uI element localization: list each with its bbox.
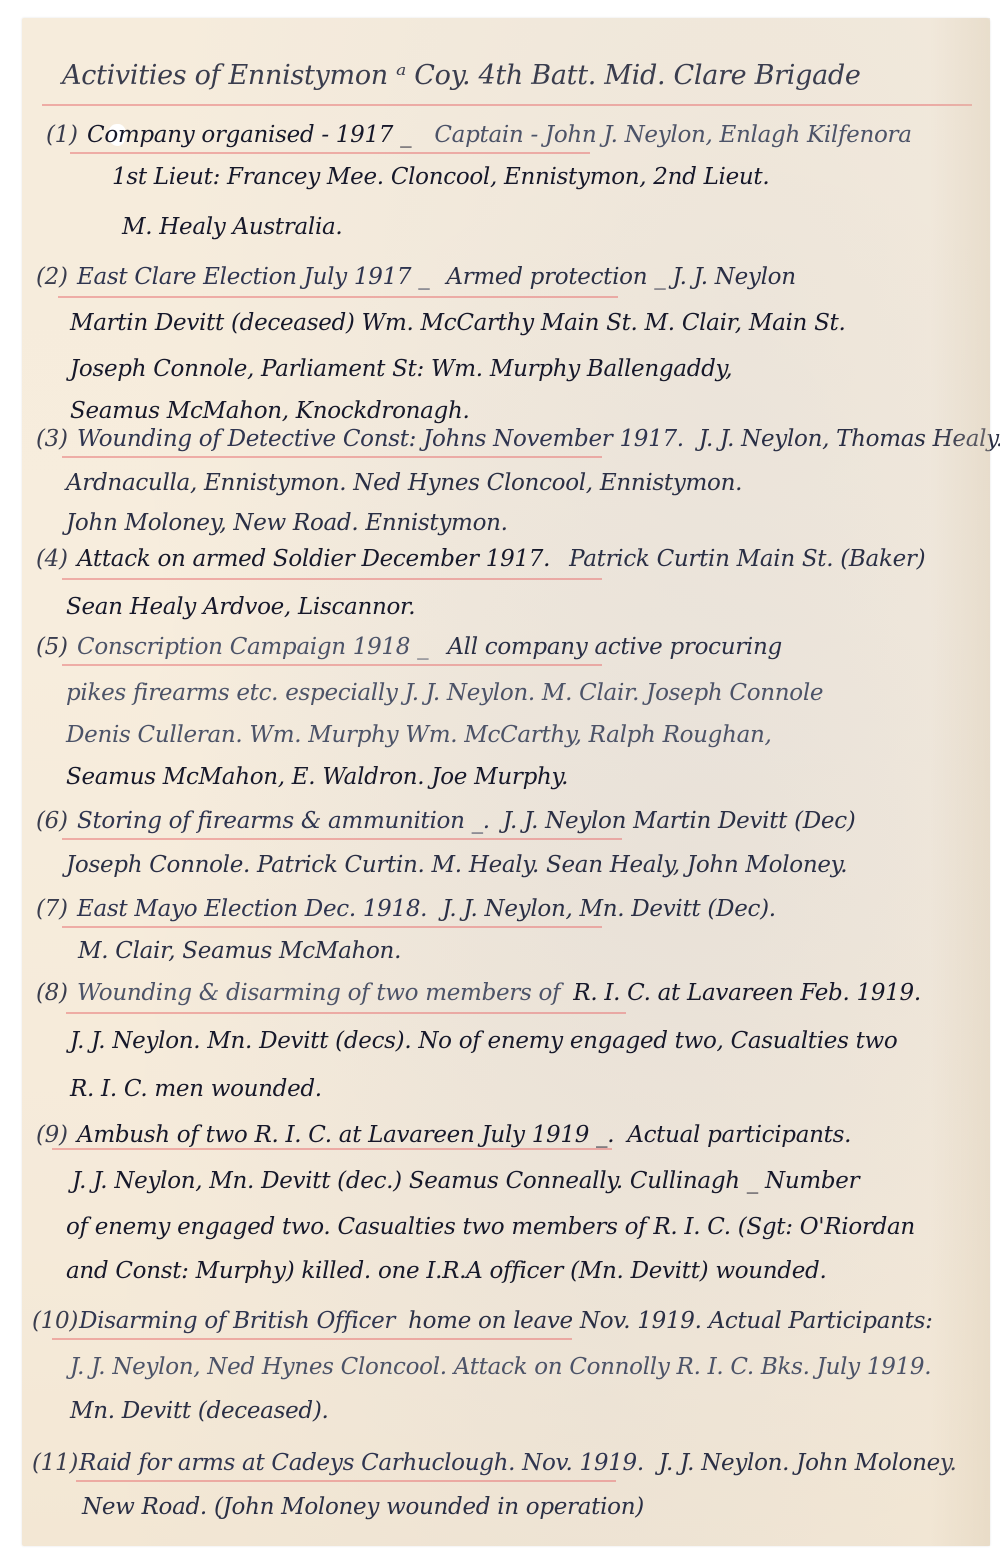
entry-line: Martin Devitt (deceased) Wm. McCarthy Ma…: [70, 310, 845, 336]
entry-line: John Moloney, New Road. Ennistymon.: [66, 510, 508, 536]
entry-line: 1st Lieut: Francey Mee. Cloncool, Ennist…: [112, 164, 769, 190]
ruled-line: [62, 926, 602, 928]
entry-line: Mn. Devitt (deceased).: [70, 1398, 329, 1424]
entry-10: (10) Disarming of British Officer home o…: [32, 1308, 933, 1334]
entry-9: (9) Ambush of two R. I. C. at Lavareen J…: [36, 1122, 851, 1148]
entry-line: Ardnaculla, Ennistymon. Ned Hynes Clonco…: [66, 470, 742, 496]
entry-line: Armed protection _ J. J. Neylon: [446, 264, 795, 290]
entry-line: Patrick Curtin Main St. (Baker): [569, 546, 925, 572]
entry-line: J. J. Neylon. John Moloney.: [659, 1450, 957, 1476]
entry-11: (11) Raid for arms at Cadeys Carhuclough…: [32, 1450, 957, 1476]
entry-line: Captain - John J. Neylon, Enlagh Kilfeno…: [434, 122, 911, 148]
entry-line: M. Healy Australia.: [122, 214, 342, 240]
ruled-line: [52, 1148, 612, 1150]
ruled-line: [66, 1012, 626, 1014]
entry-line: J. J. Neylon, Mn. Devitt (dec.) Seamus C…: [72, 1168, 859, 1194]
entry-3: (3) Wounding of Detective Const: Johns N…: [36, 426, 1000, 452]
entry-5: (5) Conscription Campaign 1918 _ All com…: [36, 634, 782, 660]
entry-heading: East Mayo Election Dec. 1918.: [77, 896, 427, 922]
entry-line: and Const: Murphy) killed. one I.R.A off…: [66, 1258, 826, 1284]
entry-heading: Attack on armed Soldier December 1917.: [77, 546, 550, 572]
entry-8: (8) Wounding & disarming of two members …: [36, 980, 921, 1006]
entry-heading: Wounding of Detective Const: Johns Novem…: [77, 426, 684, 452]
entry-line: Denis Culleran. Wm. Murphy Wm. McCarthy,…: [66, 722, 772, 748]
entry-line: Joseph Connole. Patrick Curtin. M. Healy…: [66, 852, 847, 878]
entry-number: (1): [46, 122, 80, 148]
ruled-line: [70, 152, 590, 154]
entry-line: Actual participants.: [627, 1122, 851, 1148]
entry-number: (9): [36, 1122, 70, 1148]
entry-number: (6): [36, 808, 70, 834]
entry-heading: Raid for arms at Cadeys Carhuclough. Nov…: [79, 1450, 644, 1476]
entry-heading: East Clare Election July 1917 _: [77, 264, 429, 290]
ruled-line: [62, 456, 602, 458]
document-page: Activities of Ennistymon ᵃ Coy. 4th Batt…: [22, 18, 990, 1546]
entry-heading: Company organised - 1917 _: [87, 122, 411, 148]
entry-number: (11): [32, 1450, 72, 1476]
ruled-line: [62, 664, 602, 666]
document-title: Activities of Ennistymon ᵃ Coy. 4th Batt…: [62, 60, 861, 91]
entry-2: (2) East Clare Election July 1917 _ Arme…: [36, 264, 796, 290]
entry-line: Seamus McMahon, Knockdronagh.: [70, 398, 470, 424]
entry-line: pikes firearms etc. especially J. J. Ney…: [66, 680, 823, 706]
ruled-line: [58, 296, 618, 298]
entry-number: (4): [36, 546, 70, 572]
entry-line: J. J. Neylon Martin Devitt (Dec): [503, 808, 856, 834]
ruled-line: [42, 104, 972, 106]
entry-number: (8): [36, 980, 70, 1006]
entry-7: (7) East Mayo Election Dec. 1918. J. J. …: [36, 896, 776, 922]
entry-line: Joseph Connole, Parliament St: Wm. Murph…: [70, 356, 732, 382]
entry-number: (5): [36, 634, 70, 660]
entry-number: (2): [36, 264, 70, 290]
entry-4: (4) Attack on armed Soldier December 191…: [36, 546, 925, 572]
entry-heading: Storing of firearms & ammunition _.: [77, 808, 490, 834]
entry-heading: Ambush of two R. I. C. at Lavareen July …: [77, 1122, 614, 1148]
entry-line: Sean Healy Ardvoe, Liscannor.: [66, 594, 415, 620]
entry-6: (6) Storing of firearms & ammunition _. …: [36, 808, 855, 834]
ruled-line: [62, 838, 622, 840]
entry-line: J. J. Neylon, Thomas Healy.: [699, 426, 1000, 452]
entry-line: home on leave Nov. 1919. Actual Particip…: [408, 1308, 932, 1334]
entry-line: of enemy engaged two. Casualties two mem…: [66, 1214, 915, 1240]
ruled-line: [52, 1338, 572, 1340]
ruled-line: [62, 578, 602, 580]
entry-line: New Road. (John Moloney wounded in opera…: [82, 1494, 644, 1520]
entry-number: (7): [36, 896, 70, 922]
entry-line: M. Clair, Seamus McMahon.: [78, 938, 401, 964]
entry-1: (1) Company organised - 1917 _ Captain -…: [46, 122, 912, 148]
entry-line: R. I. C. men wounded.: [70, 1076, 322, 1102]
entry-line: All company active procuring: [447, 634, 782, 660]
ruled-line: [76, 1480, 616, 1482]
entry-line: J. J. Neylon, Ned Hynes Cloncool. Attack…: [70, 1354, 931, 1380]
entry-heading: Disarming of British Officer: [79, 1308, 395, 1334]
entry-line: J. J. Neylon, Mn. Devitt (Dec).: [442, 896, 776, 922]
entry-line: J. J. Neylon. Mn. Devitt (decs). No of e…: [70, 1028, 897, 1054]
entry-line: R. I. C. at Lavareen Feb. 1919.: [573, 980, 921, 1006]
entry-number: (3): [36, 426, 70, 452]
entry-heading: Wounding & disarming of two members of: [77, 980, 560, 1006]
entry-number: (10): [32, 1308, 72, 1334]
entry-heading: Conscription Campaign 1918 _: [77, 634, 428, 660]
entry-line: Seamus McMahon, E. Waldron. Joe Murphy.: [66, 764, 568, 790]
